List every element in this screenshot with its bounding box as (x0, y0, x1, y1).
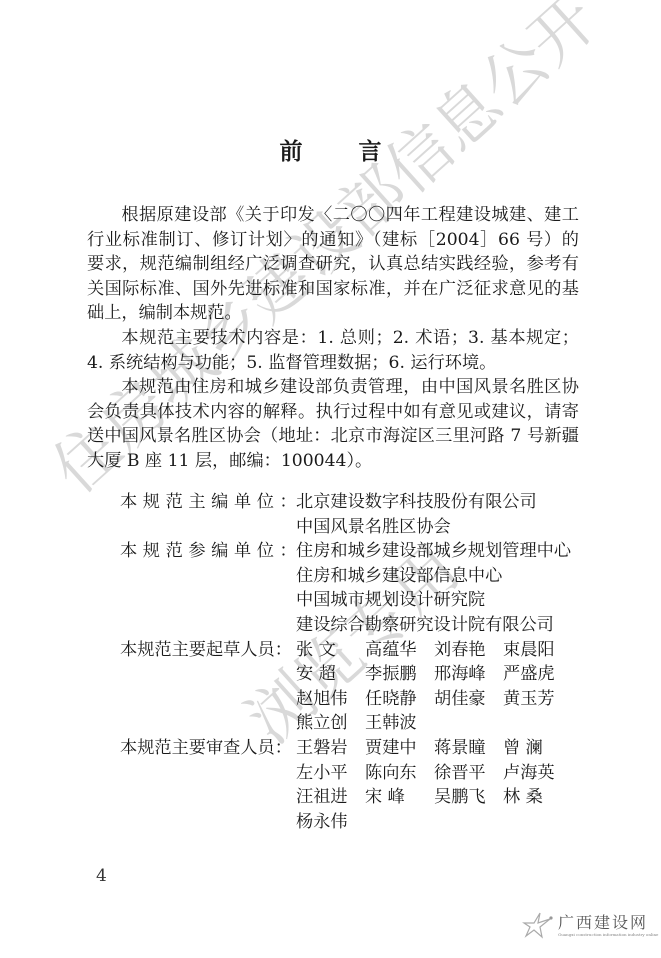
drafter-name: 王韩波 (365, 711, 434, 736)
logo-name: 广西建设网 (558, 914, 658, 932)
participating-editors-label: 本规范参编单位： (120, 539, 296, 637)
drafter-name: 张 文 (296, 638, 365, 663)
reviewer-name: 汪祖进 (296, 785, 365, 810)
document-page: 住房城乡建设部信息公开 浏览专用 前言 根据原建设部《关于印发〈二〇〇四年工程建… (0, 0, 661, 958)
drafters-list: 张 文 高蕴华 刘春艳 束晨阳 安 超 李振鹏 邢海峰 严盛虎 赵旭伟 任晓静 … (296, 638, 572, 736)
title-char-1: 前 (280, 133, 303, 166)
reviewers-label: 本规范主要审查人员： (120, 736, 296, 834)
drafter-name: 李振鹏 (365, 662, 434, 687)
chief-editor-unit: 北京建设数字科技股份有限公司 (296, 490, 537, 515)
participating-editors-row: 本规范参编单位： 住房和城乡建设部城乡规划管理中心 住房和城乡建设部信息中心 中… (120, 539, 572, 637)
reviewer-name: 贾建中 (365, 736, 434, 761)
reviewer-name: 徐晋平 (434, 761, 503, 786)
drafter-name: 胡佳豪 (434, 687, 503, 712)
drafter-name: 邢海峰 (434, 662, 503, 687)
participating-unit: 建设综合勘察研究设计院有限公司 (296, 613, 571, 638)
reviewer-name: 宋 峰 (365, 785, 434, 810)
paragraph-technical-content: 本规范主要技术内容是：1. 总则；2. 术语；3. 基本规定；4. 系统结构与功… (87, 326, 579, 375)
paragraph-management: 本规范由住房和城乡建设部负责管理，由中国风景名胜区协会负责具体技术内容的解释。执… (87, 375, 579, 473)
page-number: 4 (96, 866, 107, 886)
drafter-name: 熊立创 (296, 711, 365, 736)
site-logo: 广西建设网 Guangxi construction information i… (520, 906, 660, 946)
reviewer-name: 吴鹏飞 (434, 785, 503, 810)
chief-editors-row: 本规范主编单位： 北京建设数字科技股份有限公司 中国风景名胜区协会 (120, 490, 572, 539)
reviewer-name: 卢海英 (503, 761, 572, 786)
chief-editors-label: 本规范主编单位： (120, 490, 296, 539)
title-char-2: 言 (359, 133, 382, 166)
reviewer-name: 陈向东 (365, 761, 434, 786)
star-logo-icon (520, 911, 554, 941)
drafters-row: 本规范主要起草人员： 张 文 高蕴华 刘春艳 束晨阳 安 超 李振鹏 邢海峰 严… (120, 638, 572, 736)
logo-tagline: Guangxi construction information industr… (558, 932, 658, 938)
credits-section: 本规范主编单位： 北京建设数字科技股份有限公司 中国风景名胜区协会 本规范参编单… (120, 490, 572, 834)
participating-unit: 住房和城乡建设部城乡规划管理中心 (296, 539, 571, 564)
drafter-name: 安 超 (296, 662, 365, 687)
participating-unit: 住房和城乡建设部信息中心 (296, 564, 571, 589)
drafter-name: 任晓静 (365, 687, 434, 712)
reviewer-name: 杨永伟 (296, 810, 365, 835)
reviewers-row: 本规范主要审查人员： 王磐岩 贾建中 蒋景瞳 曾 澜 左小平 陈向东 徐晋平 卢… (120, 736, 572, 834)
chief-editor-unit: 中国风景名胜区协会 (296, 515, 537, 540)
participating-unit: 中国城市规划设计研究院 (296, 588, 571, 613)
paragraph-background: 根据原建设部《关于印发〈二〇〇四年工程建设城建、建工行业标准制订、修订计划〉的通… (87, 203, 579, 326)
participating-editors-list: 住房和城乡建设部城乡规划管理中心 住房和城乡建设部信息中心 中国城市规划设计研究… (296, 539, 571, 637)
reviewer-name: 左小平 (296, 761, 365, 786)
reviewers-list: 王磐岩 贾建中 蒋景瞳 曾 澜 左小平 陈向东 徐晋平 卢海英 汪祖进 宋 峰 … (296, 736, 572, 834)
drafter-name: 高蕴华 (365, 638, 434, 663)
drafter-name: 赵旭伟 (296, 687, 365, 712)
drafter-name: 黄玉芳 (503, 687, 572, 712)
reviewer-name: 王磐岩 (296, 736, 365, 761)
drafter-name: 刘春艳 (434, 638, 503, 663)
drafter-name: 严盛虎 (503, 662, 572, 687)
drafter-name: 束晨阳 (503, 638, 572, 663)
reviewer-name: 曾 澜 (503, 736, 572, 761)
page-title: 前言 (0, 133, 661, 166)
chief-editors-list: 北京建设数字科技股份有限公司 中国风景名胜区协会 (296, 490, 537, 539)
preface-body: 根据原建设部《关于印发〈二〇〇四年工程建设城建、建工行业标准制订、修订计划〉的通… (87, 203, 579, 474)
reviewer-name: 林 桑 (503, 785, 572, 810)
reviewer-name: 蒋景瞳 (434, 736, 503, 761)
drafters-label: 本规范主要起草人员： (120, 638, 296, 736)
